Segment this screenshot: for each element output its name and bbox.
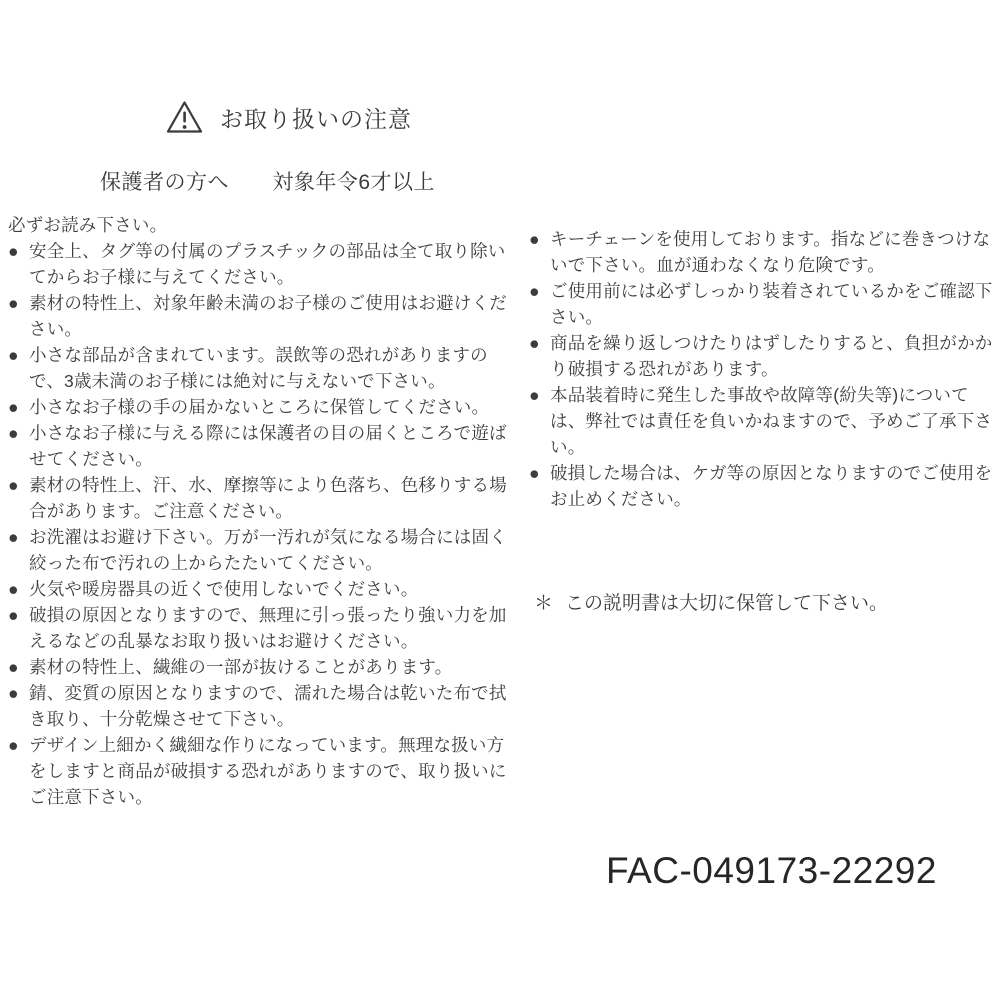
bullet-text: キーチェーンを使用しております。指などに巻きつけないで下さい。血が通わなくなり危… xyxy=(550,226,997,278)
list-item: ● 破損の原因となりますので、無理に引っ張ったり強い力を加えるなどの乱暴なお取り… xyxy=(8,602,510,654)
note-text: この説明書は大切に保管して下さい。 xyxy=(565,593,888,614)
list-item: ● ご使用前には必ずしっかり装着されているかをご確認下さい。 xyxy=(529,278,997,330)
bullet-icon: ● xyxy=(529,226,550,278)
bullet-icon: ● xyxy=(8,576,29,602)
page-title: お取り扱いの注意 xyxy=(220,101,412,134)
bullet-text: 小さなお子様の手の届かないところに保管してください。 xyxy=(29,394,510,420)
bullet-text: 小さな部品が含まれています。誤飲等の恐れがありますので、3歳未満のお子様には絶対… xyxy=(29,342,510,394)
list-item: ● 火気や暖房器具の近くで使用しないでください。 xyxy=(8,576,510,602)
bullet-text: 安全上、タグ等の付属のプラスチックの部品は全て取り除いてからお子様に与えてくださ… xyxy=(29,238,510,290)
list-item: ● 素材の特性上、繊維の一部が抜けることがあります。 xyxy=(8,654,510,680)
bullet-text: ご使用前には必ずしっかり装着されているかをご確認下さい。 xyxy=(550,278,997,330)
bullet-text: 素材の特性上、汗、水、摩擦等により色落ち、色移りする場合があります。ご注意くださ… xyxy=(29,472,510,524)
bullet-icon: ● xyxy=(8,290,29,342)
bullet-icon: ● xyxy=(8,680,29,732)
bullet-icon: ● xyxy=(8,394,29,420)
bullet-text: 破損の原因となりますので、無理に引っ張ったり強い力を加えるなどの乱暴なお取り扱い… xyxy=(29,602,510,654)
bullet-icon: ● xyxy=(8,732,29,810)
bullet-icon: ● xyxy=(529,460,550,512)
list-item: ● 小さな部品が含まれています。誤飲等の恐れがありますので、3歳未満のお子様には… xyxy=(8,342,510,394)
list-item: ● 素材の特性上、対象年齢未満のお子様のご使用はお避けください。 xyxy=(8,290,510,342)
bullet-icon: ● xyxy=(8,524,29,576)
audience-line: 保護者の方へ 対象年令6才以上 xyxy=(100,166,435,196)
list-item: ● キーチェーンを使用しております。指などに巻きつけないで下さい。血が通わなくな… xyxy=(529,226,997,278)
right-bullet-list: ● キーチェーンを使用しております。指などに巻きつけないで下さい。血が通わなくな… xyxy=(529,226,997,512)
left-bullet-list: ● 安全上、タグ等の付属のプラスチックの部品は全て取り除いてからお子様に与えてく… xyxy=(8,238,510,810)
bullet-icon: ● xyxy=(529,330,550,382)
bullet-icon: ● xyxy=(529,382,550,460)
list-item: ● 素材の特性上、汗、水、摩擦等により色落ち、色移りする場合があります。ご注意く… xyxy=(8,472,510,524)
bullet-icon: ● xyxy=(8,238,29,290)
list-item: ● デザイン上細かく繊細な作りになっています。無理な扱い方をしますと商品が破損す… xyxy=(8,732,510,810)
asterisk-icon: ＊ xyxy=(534,593,553,614)
bullet-text: 素材の特性上、繊維の一部が抜けることがあります。 xyxy=(29,654,510,680)
bullet-text: デザイン上細かく繊細な作りになっています。無理な扱い方をしますと商品が破損する恐… xyxy=(29,732,510,810)
bullet-text: 商品を繰り返しつけたりはずしたりすると、負担がかかり破損する恐れがあります。 xyxy=(550,330,997,382)
keep-manual-note: ＊この説明書は大切に保管して下さい。 xyxy=(534,588,888,615)
bullet-text: お洗濯はお避け下さい。万が一汚れが気になる場合には固く絞った布で汚れの上からたた… xyxy=(29,524,510,576)
bullet-icon: ● xyxy=(529,278,550,330)
left-column: 必ずお読み下さい。 ● 安全上、タグ等の付属のプラスチックの部品は全て取り除いて… xyxy=(8,212,510,810)
bullet-icon: ● xyxy=(8,602,29,654)
age-notice: 対象年令6才以上 xyxy=(272,171,435,194)
bullet-text: 火気や暖房器具の近くで使用しないでください。 xyxy=(29,576,510,602)
bullet-text: 素材の特性上、対象年齢未満のお子様のご使用はお避けください。 xyxy=(29,290,510,342)
list-item: ● 安全上、タグ等の付属のプラスチックの部品は全て取り除いてからお子様に与えてく… xyxy=(8,238,510,290)
intro-line: 必ずお読み下さい。 xyxy=(8,212,510,238)
bullet-icon: ● xyxy=(8,654,29,680)
instruction-sheet: お取り扱いの注意 保護者の方へ 対象年令6才以上 必ずお読み下さい。 ● 安全上… xyxy=(0,0,1000,1000)
bullet-text: 錆、変質の原因となりますので、濡れた場合は乾いた布で拭き取り、十分乾燥させて下さ… xyxy=(29,680,510,732)
right-column: ● キーチェーンを使用しております。指などに巻きつけないで下さい。血が通わなくな… xyxy=(529,226,997,512)
bullet-text: 破損した場合は、ケガ等の原因となりますのでご使用をお止めください。 xyxy=(550,460,997,512)
list-item: ● 小さなお子様に与える際には保護者の目の届くところで遊ばせてください。 xyxy=(8,420,510,472)
list-item: ● お洗濯はお避け下さい。万が一汚れが気になる場合には固く絞った布で汚れの上から… xyxy=(8,524,510,576)
bullet-text: 本品装着時に発生した事故や故障等(紛失等)については、弊社では責任を負いかねます… xyxy=(550,382,997,460)
product-code: FAC-049173-22292 xyxy=(606,850,937,892)
list-item: ● 錆、変質の原因となりますので、濡れた場合は乾いた布で拭き取り、十分乾燥させて… xyxy=(8,680,510,732)
warning-triangle-icon xyxy=(166,100,203,134)
bullet-icon: ● xyxy=(8,420,29,472)
bullet-icon: ● xyxy=(8,472,29,524)
header: お取り扱いの注意 xyxy=(166,100,412,134)
audience-label: 保護者の方へ xyxy=(100,171,229,194)
list-item: ● 小さなお子様の手の届かないところに保管してください。 xyxy=(8,394,510,420)
list-item: ● 本品装着時に発生した事故や故障等(紛失等)については、弊社では責任を負いかね… xyxy=(529,382,997,460)
list-item: ● 破損した場合は、ケガ等の原因となりますのでご使用をお止めください。 xyxy=(529,460,997,512)
bullet-icon: ● xyxy=(8,342,29,394)
bullet-text: 小さなお子様に与える際には保護者の目の届くところで遊ばせてください。 xyxy=(29,420,510,472)
list-item: ● 商品を繰り返しつけたりはずしたりすると、負担がかかり破損する恐れがあります。 xyxy=(529,330,997,382)
